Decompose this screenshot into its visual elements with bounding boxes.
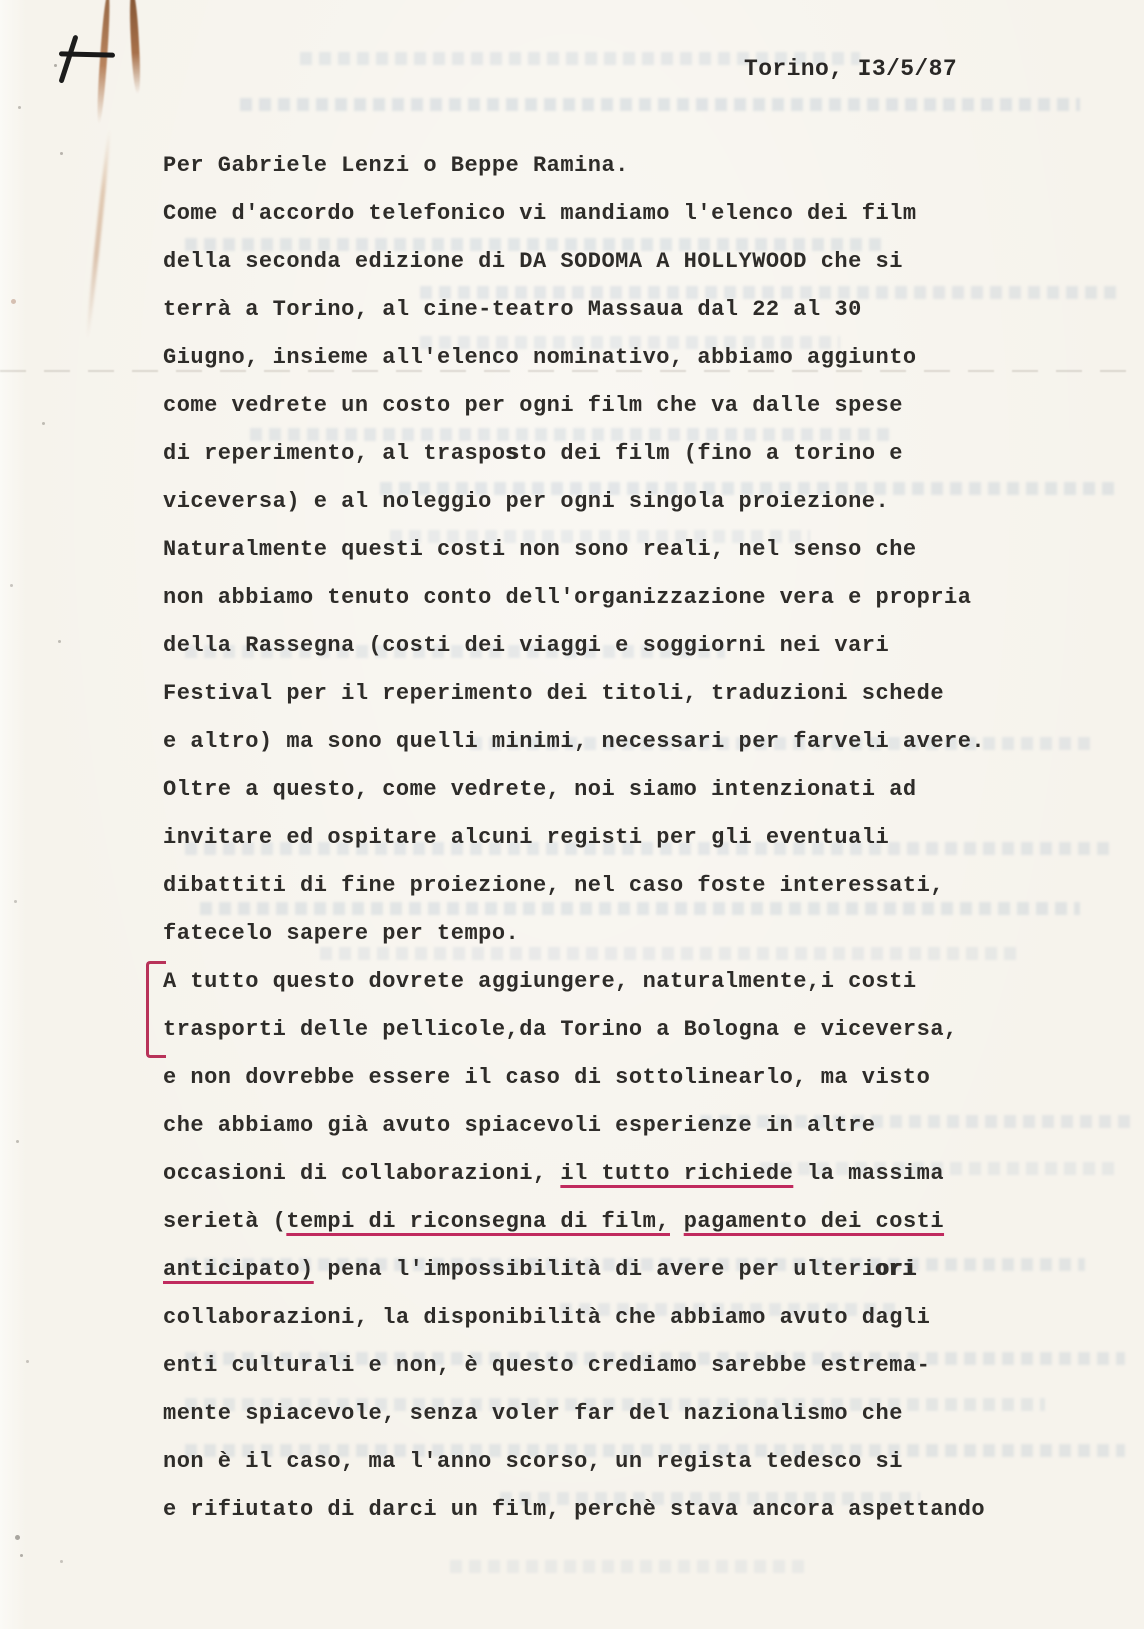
letter-line: dibattiti di fine proiezione, nel caso f… bbox=[163, 862, 1103, 910]
letter-line: non è il caso, ma l'anno scorso, un regi… bbox=[163, 1438, 1103, 1486]
letter-line: e non dovrebbe essere il caso di sottoli… bbox=[163, 1054, 1103, 1102]
scanned-letter-page: { "colors": { "paper": "#f6f3ec", "ink":… bbox=[0, 0, 1144, 1629]
letter-line: terrà a Torino, al cine-teatro Massaua d… bbox=[163, 286, 1103, 334]
red-underlined-text: il tutto richiede bbox=[560, 1161, 793, 1186]
letter-line: mente spiacevole, senza voler far del na… bbox=[163, 1390, 1103, 1438]
red-underlined-text: pagamento dei costi bbox=[684, 1209, 944, 1234]
letter-line: e altro) ma sono quelli minimi, necessar… bbox=[163, 718, 1103, 766]
letter-line: Naturalmente questi costi non sono reali… bbox=[163, 526, 1103, 574]
letter-line: fatecelo sapere per tempo. bbox=[163, 910, 1103, 958]
letter-line: trasporti delle pellicole,da Torino a Bo… bbox=[163, 1006, 1103, 1054]
red-underlined-text: anticipato) bbox=[163, 1257, 314, 1282]
letter-body: Per Gabriele Lenzi o Beppe Ramina.Come d… bbox=[163, 142, 1103, 1534]
letter-line: Giugno, insieme all'elenco nominativo, a… bbox=[163, 334, 1103, 382]
margin-bracket-annotation bbox=[146, 961, 166, 1058]
letter-date: Torino, I3/5/87 bbox=[744, 56, 957, 82]
ghost-bleed-through bbox=[450, 1560, 810, 1573]
letter-line: e rifiutato di darci un film, perchè sta… bbox=[163, 1486, 1103, 1534]
letter-line: Per Gabriele Lenzi o Beppe Ramina. bbox=[163, 142, 1103, 190]
letter-line: A tutto questo dovrete aggiungere, natur… bbox=[163, 958, 1103, 1006]
letter-line: serietà (tempi di riconsegna di film, pa… bbox=[163, 1198, 1103, 1246]
letter-line: viceversa) e al noleggio per ogni singol… bbox=[163, 478, 1103, 526]
letter-line: di reperimento, al trasposto dei film (f… bbox=[163, 430, 1103, 478]
letter-line: collaborazioni, la disponibilità che abb… bbox=[163, 1294, 1103, 1342]
red-underlined-text: tempi di riconsegna di film, bbox=[286, 1209, 670, 1234]
letter-line: anticipato) pena l'impossibilità di aver… bbox=[163, 1246, 1103, 1294]
letter-line: enti culturali e non, è questo crediamo … bbox=[163, 1342, 1103, 1390]
letter-line: Come d'accordo telefonico vi mandiamo l'… bbox=[163, 190, 1103, 238]
letter-line: Oltre a questo, come vedrete, noi siamo … bbox=[163, 766, 1103, 814]
letter-line: come vedrete un costo per ogni film che … bbox=[163, 382, 1103, 430]
letter-line: Festival per il reperimento dei titoli, … bbox=[163, 670, 1103, 718]
letter-line: della Rassegna (costi dei viaggi e soggi… bbox=[163, 622, 1103, 670]
letter-line: occasioni di collaborazioni, il tutto ri… bbox=[163, 1150, 1103, 1198]
letter-line: della seconda edizione di DA SODOMA A HO… bbox=[163, 238, 1103, 286]
letter-line: invitare ed ospitare alcuni registi per … bbox=[163, 814, 1103, 862]
paper-specks bbox=[54, 64, 57, 67]
letter-line: non abbiamo tenuto conto dell'organizzaz… bbox=[163, 574, 1103, 622]
letter-line: che abbiamo già avuto spiacevoli esperie… bbox=[163, 1102, 1103, 1150]
ghost-bleed-through bbox=[240, 98, 1080, 111]
